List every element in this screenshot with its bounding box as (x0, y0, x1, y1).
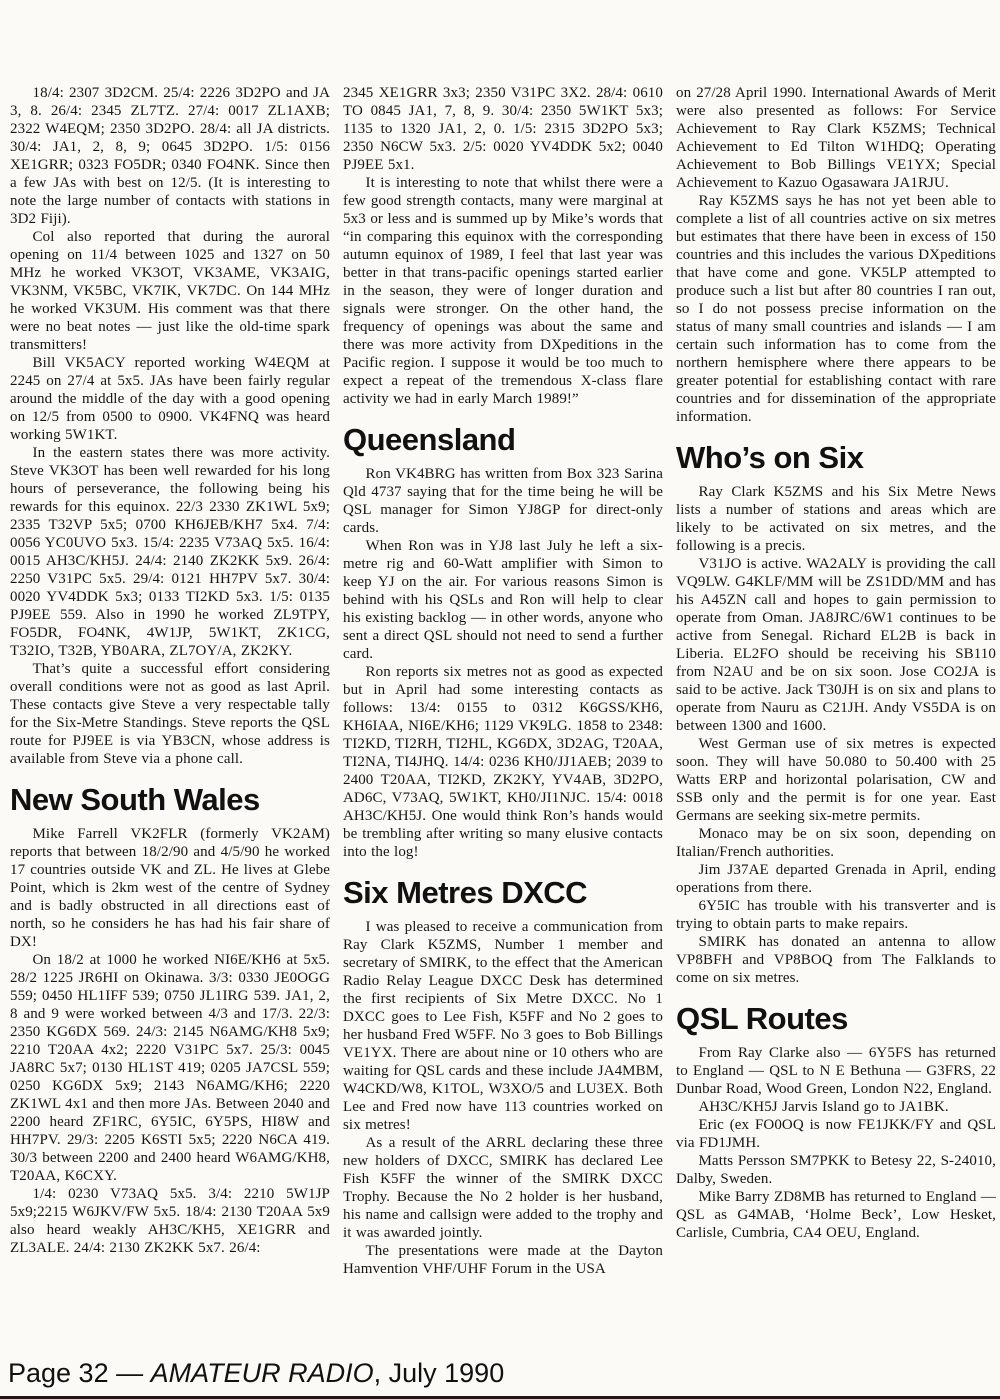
paragraph: Ron VK4BRG has written from Box 323 Sari… (343, 465, 663, 537)
paragraph: On 18/2 at 1000 he worked NI6E/KH6 at 5x… (10, 951, 330, 1185)
paragraph: As a result of the ARRL declaring these … (343, 1134, 663, 1242)
paragraph: Ray K5ZMS says he has not yet been able … (676, 192, 996, 426)
footer-issue-date: , July 1990 (374, 1358, 505, 1388)
paragraph: West German use of six metres is expecte… (676, 735, 996, 825)
heading-new-south-wales: New South Wales (10, 783, 330, 817)
paragraph: I was pleased to receive a communication… (343, 918, 663, 1134)
paragraph: Monaco may be on six soon, depending on … (676, 825, 996, 861)
paragraph: The presentations were made at the Dayto… (343, 1242, 663, 1278)
column-2: 2345 XE1GRR 3x3; 2350 V31PC 3X2. 28/4: 0… (343, 84, 663, 1278)
paragraph: 1/4: 0230 V73AQ 5x5. 3/4: 2210 5W1JP 5x9… (10, 1185, 330, 1257)
paragraph: AH3C/KH5J Jarvis Island go to JA1BK. (676, 1098, 996, 1116)
paragraph: Mike Farrell VK2FLR (formerly VK2AM) rep… (10, 825, 330, 951)
paragraph: 6Y5IC has trouble with his transverter a… (676, 897, 996, 933)
heading-qsl-routes: QSL Routes (676, 1002, 996, 1036)
columns-container: 18/4: 2307 3D2CM. 25/4: 2226 3D2PO and J… (0, 0, 1000, 1278)
paragraph: on 27/28 April 1990. International Award… (676, 84, 996, 192)
heading-six-metres-dxcc: Six Metres DXCC (343, 876, 663, 910)
paragraph: In the eastern states there was more act… (10, 444, 330, 660)
paragraph: Ray Clark K5ZMS and his Six Metre News l… (676, 483, 996, 555)
footer-magazine-title: AMATEUR RADIO (151, 1358, 374, 1388)
paragraph: Matts Persson SM7PKK to Betesy 22, S-240… (676, 1152, 996, 1188)
paragraph: Col also reported that during the aurora… (10, 228, 330, 354)
page-footer: Page 32 — AMATEUR RADIO, July 1990 (8, 1358, 504, 1389)
paragraph: Jim J37AE departed Grenada in April, end… (676, 861, 996, 897)
footer-separator: — (116, 1358, 151, 1388)
paragraph: Mike Barry ZD8MB has returned to England… (676, 1188, 996, 1242)
paragraph: From Ray Clarke also — 6Y5FS has returne… (676, 1044, 996, 1098)
column-1: 18/4: 2307 3D2CM. 25/4: 2226 3D2PO and J… (10, 84, 330, 1278)
paragraph: Eric (ex FO0OQ is now FE1JKK/FY and QSL … (676, 1116, 996, 1152)
paragraph: 2345 XE1GRR 3x3; 2350 V31PC 3X2. 28/4: 0… (343, 84, 663, 174)
column-3: on 27/28 April 1990. International Award… (676, 84, 996, 1278)
paragraph: V31JO is active. WA2ALY is providing the… (676, 555, 996, 735)
paragraph: When Ron was in YJ8 last July he left a … (343, 537, 663, 663)
footer-page-number: Page 32 (8, 1358, 116, 1388)
paragraph: Bill VK5ACY reported working W4EQM at 22… (10, 354, 330, 444)
paragraph: It is interesting to note that whilst th… (343, 174, 663, 408)
magazine-page: 18/4: 2307 3D2CM. 25/4: 2226 3D2PO and J… (0, 0, 1000, 1399)
heading-whos-on-six: Who’s on Six (676, 441, 996, 475)
paragraph: Ron reports six metres not as good as ex… (343, 663, 663, 861)
paragraph: That’s quite a successful effort conside… (10, 660, 330, 768)
heading-queensland: Queensland (343, 423, 663, 457)
paragraph: SMIRK has donated an antenna to allow VP… (676, 933, 996, 987)
paragraph: 18/4: 2307 3D2CM. 25/4: 2226 3D2PO and J… (10, 84, 330, 228)
